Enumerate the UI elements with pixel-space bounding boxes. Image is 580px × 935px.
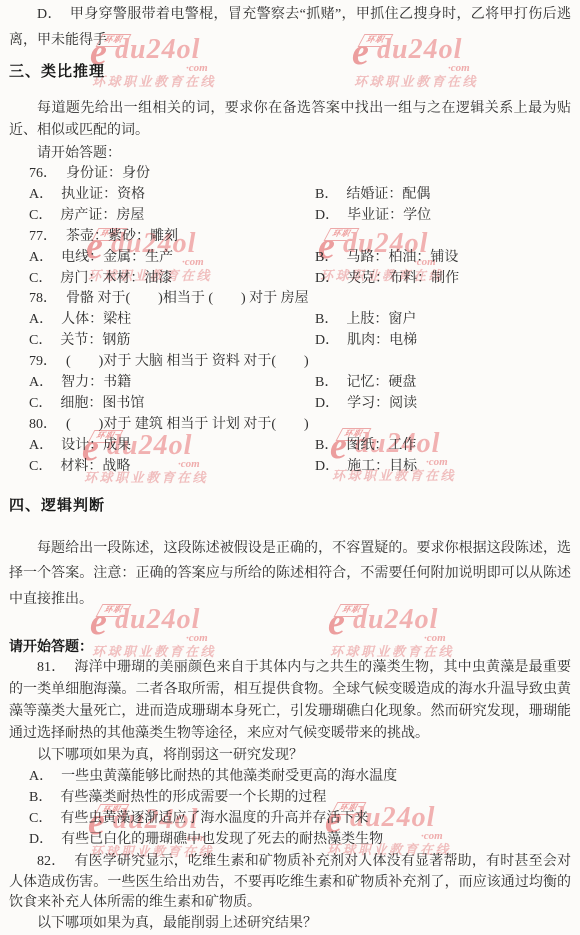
question-stem: 77．茶壶：紫砂：雕刻 <box>9 227 571 248</box>
question-stem: 79．( )对于 大脑 相当于 资料 对于( ) <box>9 352 571 373</box>
option-B: B．有些藻类耐热性的形成需要一个长期的过程 <box>9 787 571 808</box>
question-options: A．电线：金属：生产B．马路：柏油：铺设C．房门：木材：油漆D．夹克：布料：制作 <box>9 248 571 290</box>
option-text: 房门：木材：油漆 <box>60 271 172 286</box>
question-80: 80．( )对于 建筑 相当于 计划 对于( )A．设计：成果B．图纸：工作C．… <box>9 415 571 478</box>
document-text: D．甲身穿警服带着电警棍，冒充警察去“抓赌”，甲抓住乙搜身时，乙将甲打伤后逃离，… <box>0 0 580 934</box>
option-text: 结婚证：配偶 <box>346 187 430 202</box>
question-82-passage: 82．有医学研究显示，吃维生素和矿物质补充剂对人体没有显著帮助，有时甚至会对人体… <box>9 852 571 914</box>
question-81-stem: 以下哪项如果为真，将削弱这一研究发现？ <box>9 745 571 766</box>
option-B: B．结婚证：配偶 <box>295 185 571 206</box>
option-label: C． <box>29 811 52 826</box>
option-text: 执业证：资格 <box>61 187 145 202</box>
option-label: D． <box>29 832 53 847</box>
passage-text: 有医学研究显示，吃维生素和矿物质补充剂对人体没有显著帮助，有时甚至会对人体造成伤… <box>9 854 571 910</box>
question-stem-text: ( )对于 大脑 相当于 资料 对于( ) <box>66 354 309 369</box>
option-text: 一些虫黄藻能够比耐热的其他藻类耐受更高的海水温度 <box>61 769 397 784</box>
question-number: 78． <box>29 291 57 306</box>
option-text: 材料：战略 <box>60 459 130 474</box>
question-stem: 76．身份证：身份 <box>9 164 571 185</box>
question-stem-text: 茶壶：紫砂：雕刻 <box>66 229 178 244</box>
option-text: 马路：柏油：铺设 <box>346 250 458 265</box>
option-text: 毕业证：学位 <box>347 208 431 223</box>
question-76: 76．身份证：身份A．执业证：资格B．结婚证：配偶C．房产证：房屋D．毕业证：学… <box>9 164 571 227</box>
option-text: 细胞：图书馆 <box>60 396 144 411</box>
option-B: B．记忆：硬盘 <box>295 373 571 394</box>
option-text: 夹克：布料：制作 <box>347 271 459 286</box>
exam-document-page: e环职du24ol·com环球职业教育在线e环职du24ol·com环球职业教育… <box>0 0 580 935</box>
question-82: 82．有医学研究显示，吃维生素和矿物质补充剂对人体没有显著帮助，有时甚至会对人体… <box>9 852 571 934</box>
section3-heading: 三、类比推理 <box>9 62 571 82</box>
option-text: 人体：梁柱 <box>61 312 131 327</box>
question-number: 80． <box>29 417 57 432</box>
option-label: C． <box>29 208 52 223</box>
option-label: D． <box>315 333 339 348</box>
question-78: 78．骨骼 对于( )相当于 ( ) 对于 房屋A．人体：梁柱B．上肢：窗户C．… <box>9 289 571 352</box>
option-D: D．夹克：布料：制作 <box>295 269 571 290</box>
option-label: A． <box>29 438 53 453</box>
option-text: 智力：书籍 <box>61 375 131 390</box>
option-label: C． <box>29 459 52 474</box>
question-79: 79．( )对于 大脑 相当于 资料 对于( )A．智力：书籍B．记忆：硬盘C．… <box>9 352 571 415</box>
option-text: 设计：成果 <box>61 438 131 453</box>
option-text: 电线：金属：生产 <box>61 250 173 265</box>
option-label: B． <box>315 312 338 327</box>
option-label: D． <box>315 271 339 286</box>
question-stem: 80．( )对于 建筑 相当于 计划 对于( ) <box>9 415 571 436</box>
option-label: A． <box>29 187 53 202</box>
option-C: C．房门：木材：油漆 <box>9 269 295 290</box>
option-text: 有些虫黄藻逐渐适应了海水温度的升高并存活下来 <box>60 811 368 826</box>
option-text: 记忆：硬盘 <box>346 375 416 390</box>
question-options: A．智力：书籍B．记忆：硬盘C．细胞：图书馆D．学习：阅读 <box>9 373 571 415</box>
question-stem-text: 骨骼 对于( )相当于 ( ) 对于 房屋 <box>66 291 309 306</box>
question-81-passage: 81．海洋中珊瑚的美丽颜色来自于其体内与之共生的藻类生物，其中虫黄藻是最重要的一… <box>9 657 571 745</box>
question-81-options: A．一些虫黄藻能够比耐热的其他藻类耐受更高的海水温度B．有些藻类耐热性的形成需要… <box>9 766 571 850</box>
option-A: A．设计：成果 <box>9 436 295 457</box>
question-82-stem: 以下哪项如果为真，最能削弱上述研究结果？ <box>9 914 571 935</box>
option-label: B． <box>29 790 52 805</box>
option-A: A．执业证：资格 <box>9 185 295 206</box>
option-C: C．房产证：房屋 <box>9 206 295 227</box>
option-label: D． <box>315 459 339 474</box>
section4-start-prompt: 请开始答题： <box>9 636 571 657</box>
option-C: C．细胞：图书馆 <box>9 394 295 415</box>
option-text: 学习：阅读 <box>347 396 417 411</box>
question-stem-text: ( )对于 建筑 相当于 计划 对于( ) <box>66 417 309 432</box>
passage-text: 海洋中珊瑚的美丽颜色来自于其体内与之共生的藻类生物，其中虫黄藻是最重要的一类单细… <box>9 660 571 741</box>
option-label: C． <box>29 396 52 411</box>
option-label: A． <box>29 375 53 390</box>
option-text: 肌肉：电梯 <box>347 333 417 348</box>
question-number: 79． <box>29 354 57 369</box>
option-label: B． <box>315 250 338 265</box>
option-C: C．材料：战略 <box>9 457 295 478</box>
section3-questions: 76．身份证：身份A．执业证：资格B．结婚证：配偶C．房产证：房屋D．毕业证：学… <box>9 164 571 478</box>
option-label: B． <box>315 375 338 390</box>
question-stem-text: 身份证：身份 <box>66 166 150 181</box>
question-77: 77．茶壶：紫砂：雕刻A．电线：金属：生产B．马路：柏油：铺设C．房门：木材：油… <box>9 227 571 290</box>
section4-heading: 四、逻辑判断 <box>9 496 571 516</box>
option-label: C． <box>29 333 52 348</box>
option-label: A． <box>29 769 53 784</box>
option-text: 图纸：工作 <box>346 438 416 453</box>
question-number: 76． <box>29 166 57 181</box>
option-B: B．马路：柏油：铺设 <box>295 248 571 269</box>
option-A: A．人体：梁柱 <box>9 310 295 331</box>
option-label: A． <box>29 250 53 265</box>
option-text: 上肢：窗户 <box>346 312 416 327</box>
question-options: A．执业证：资格B．结婚证：配偶C．房产证：房屋D．毕业证：学位 <box>9 185 571 227</box>
section4-instructions: 每题给出一段陈述，这段陈述被假设是正确的，不容置疑的。要求你根据这段陈述，选择一… <box>9 536 571 613</box>
option-text: 有些藻类耐热性的形成需要一个长期的过程 <box>60 790 326 805</box>
option-B: B．图纸：工作 <box>295 436 571 457</box>
option-D: D．肌肉：电梯 <box>295 331 571 352</box>
option-label: D． <box>315 208 339 223</box>
option-A: A．一些虫黄藻能够比耐热的其他藻类耐受更高的海水温度 <box>9 766 571 787</box>
option-D: D．毕业证：学位 <box>295 206 571 227</box>
question-options: A．人体：梁柱B．上肢：窗户C．关节：钢筋D．肌肉：电梯 <box>9 310 571 352</box>
option-label: B． <box>315 438 338 453</box>
option-text: 甲身穿警服带着电警棍，冒充警察去“抓赌”，甲抓住乙搜身时，乙将甲打伤后逃离，甲未… <box>9 7 571 48</box>
option-label: A． <box>29 312 53 327</box>
option-label: C． <box>29 271 52 286</box>
option-text: 关节：钢筋 <box>60 333 130 348</box>
option-B: B．上肢：窗户 <box>295 310 571 331</box>
question-number: 82． <box>37 854 65 869</box>
section3-instructions: 每道题先给出一组相关的词，要求你在备选答案中找出一组与之在逻辑关系上最为贴近、相… <box>9 98 571 141</box>
option-C: C．关节：钢筋 <box>9 331 295 352</box>
carryover-option-d: D．甲身穿警服带着电警棍，冒充警察去“抓赌”，甲抓住乙搜身时，乙将甲打伤后逃离，… <box>9 2 571 54</box>
option-C: C．有些虫黄藻逐渐适应了海水温度的升高并存活下来 <box>9 808 571 829</box>
option-text: 有些已白化的珊瑚礁中也发现了死去的耐热藻类生物 <box>61 832 383 847</box>
question-number: 77． <box>29 229 57 244</box>
option-text: 房产证：房屋 <box>60 208 144 223</box>
question-81: 81．海洋中珊瑚的美丽颜色来自于其体内与之共生的藻类生物，其中虫黄藻是最重要的一… <box>9 657 571 850</box>
question-number: 81． <box>37 660 65 675</box>
question-stem: 78．骨骼 对于( )相当于 ( ) 对于 房屋 <box>9 289 571 310</box>
option-D: D．有些已白化的珊瑚礁中也发现了死去的耐热藻类生物 <box>9 829 571 850</box>
section3-start-prompt: 请开始答题： <box>9 143 571 164</box>
option-A: A．智力：书籍 <box>9 373 295 394</box>
option-D: D．学习：阅读 <box>295 394 571 415</box>
option-A: A．电线：金属：生产 <box>9 248 295 269</box>
option-label: D． <box>37 7 62 22</box>
question-options: A．设计：成果B．图纸：工作C．材料：战略D．施工：目标 <box>9 436 571 478</box>
option-text: 施工：目标 <box>347 459 417 474</box>
option-D: D．施工：目标 <box>295 457 571 478</box>
option-label: B． <box>315 187 338 202</box>
option-label: D． <box>315 396 339 411</box>
